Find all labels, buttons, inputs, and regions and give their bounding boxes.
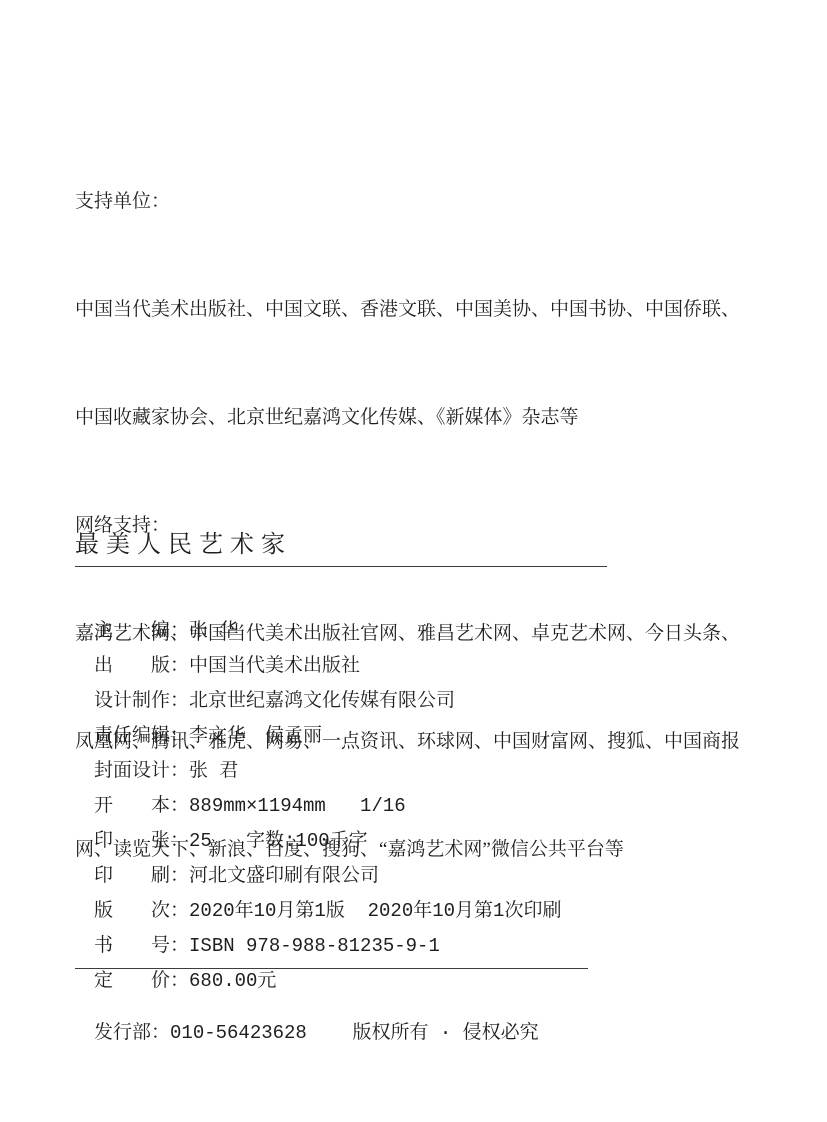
colophon-label: 出 版：	[94, 655, 189, 676]
colophon-label: 版 次：	[94, 900, 189, 921]
colophon-value: 李文华 侯孟丽	[189, 725, 322, 747]
colophon-label: 印 刷：	[94, 865, 189, 886]
colophon-list: 主 编：张 华 出 版：中国当代美术出版社 设计制作：北京世纪嘉鸿文化传媒有限公…	[75, 578, 561, 963]
support-line: 中国收藏家协会、北京世纪嘉鸿文化传媒、《新媒体》杂志等	[75, 400, 740, 436]
colophon-value: 北京世纪嘉鸿文化传媒有限公司	[189, 690, 455, 712]
colophon-row: 主 编：张 华	[75, 578, 561, 613]
colophon-label: 责任编辑：	[94, 725, 189, 746]
colophon-label: 封面设计：	[94, 760, 189, 781]
colophon-label: 印 张：	[94, 830, 189, 851]
title-separator: ————————————————————————————	[75, 556, 607, 576]
colophon-label: 书 号：	[94, 935, 189, 956]
colophon-value: 张 君	[189, 760, 238, 782]
support-line: 中国当代美术出版社、中国文联、香港文联、中国美协、中国书协、中国侨联、	[75, 292, 740, 328]
colophon-page: 支持单位： 中国当代美术出版社、中国文联、香港文联、中国美协、中国书协、中国侨联…	[0, 0, 827, 1122]
colophon-value: ISBN 978-988-81235-9-1	[189, 935, 440, 957]
distribution-label: 发行部：	[94, 1022, 170, 1043]
colophon-value: 2020年10月第1版 2020年10月第1次印刷	[189, 900, 561, 922]
colophon-label: 主 编：	[94, 620, 189, 641]
colophon-value: 中国当代美术出版社	[189, 655, 360, 677]
colophon-label: 开 本：	[94, 795, 189, 816]
colophon-value: 889mm×1194mm 1/16	[189, 795, 406, 817]
distribution-value: 010-56423628 版权所有 · 侵权必究	[170, 1022, 539, 1044]
bottom-separator: ———————————————————————————	[75, 958, 588, 978]
book-title: 最美人民艺术家	[75, 524, 292, 559]
support-heading: 支持单位：	[75, 184, 740, 220]
distribution-line: 发行部：010-56423628 版权所有 · 侵权必究	[75, 980, 539, 1086]
colophon-value: 河北文盛印刷有限公司	[189, 865, 379, 887]
colophon-value: 张 华	[189, 620, 238, 642]
colophon-label: 设计制作：	[94, 690, 189, 711]
colophon-value: 25 字数:100千字	[189, 830, 368, 852]
